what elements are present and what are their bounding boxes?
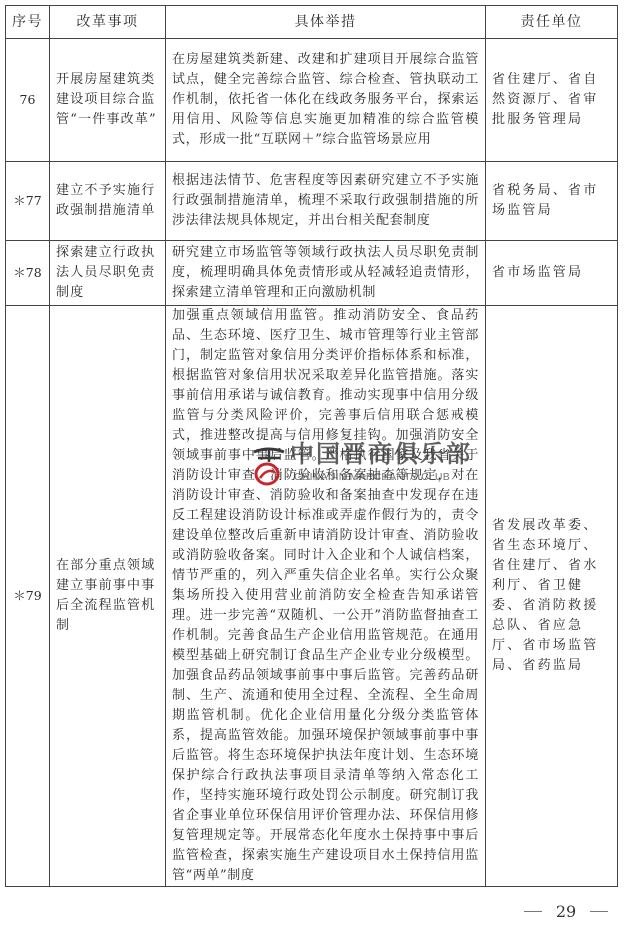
reform-measures-table: 序号 改革事项 具体举措 责任单位 76 开展房屋建筑类建设项目综合监管“一件事… (5, 5, 618, 887)
row-reform-item: 建立不予实施行政强制措施清单 (50, 162, 166, 241)
row-serial-no: 76 (6, 39, 50, 162)
row-specific-measures: 研究建立市场监管等领域行政执法人员尽职免责制度，梳理明确具体免责情形或从轻减轻追… (166, 241, 486, 306)
table-header-row: 序号 改革事项 具体举措 责任单位 (6, 6, 618, 39)
header-serial-no: 序号 (6, 6, 50, 39)
dash-right (590, 911, 608, 912)
header-reform-item: 改革事项 (50, 6, 166, 39)
row-specific-measures: 加强重点领域信用监管。推动消防安全、食品药品、生态环境、医疗卫生、城市管理等行业… (166, 306, 486, 887)
table-row: ＊79 在部分重点领域建立事前事中事后全流程监管机制 加强重点领域信用监管。推动… (6, 306, 618, 887)
row-responsible-unit: 省发展改革委、省生态环境厅、省住建厅、省水利厅、省卫健委、省消防救援总队、省应急… (486, 306, 618, 887)
row-serial-no: ＊79 (6, 306, 50, 887)
table-row: ＊78 探索建立行政执法人员尽职免责制度 研究建立市场监管等领域行政执法人员尽职… (6, 241, 618, 306)
document-page: 序号 改革事项 具体举措 责任单位 76 开展房屋建筑类建设项目综合监管“一件事… (0, 0, 632, 939)
row-responsible-unit: 省市场监管局 (486, 241, 618, 306)
table-row: ＊77 建立不予实施行政强制措施清单 根据违法情节、危害程度等因素研究建立不予实… (6, 162, 618, 241)
row-serial-no: ＊78 (6, 241, 50, 306)
row-responsible-unit: 省住建厅、省自然资源厅、省审批服务管理局 (486, 39, 618, 162)
page-number: 29 (516, 900, 616, 922)
row-responsible-unit: 省税务局、省市场监管局 (486, 162, 618, 241)
header-responsible-unit: 责任单位 (486, 6, 618, 39)
row-reform-item: 探索建立行政执法人员尽职免责制度 (50, 241, 166, 306)
row-serial-no: ＊77 (6, 162, 50, 241)
row-reform-item: 开展房屋建筑类建设项目综合监管“一件事改革” (50, 39, 166, 162)
row-reform-item: 在部分重点领域建立事前事中事后全流程监管机制 (50, 306, 166, 887)
row-specific-measures: 在房屋建筑类新建、改建和扩建项目开展综合监管试点，健全完善综合监管、综合检查、管… (166, 39, 486, 162)
header-specific-measures: 具体举措 (166, 6, 486, 39)
table-row: 76 开展房屋建筑类建设项目综合监管“一件事改革” 在房屋建筑类新建、改建和扩建… (6, 39, 618, 162)
row-specific-measures: 根据违法情节、危害程度等因素研究建立不予实施行政强制措施清单，梳理不采取行政强制… (166, 162, 486, 241)
page-number-value: 29 (556, 902, 576, 921)
dash-left (524, 911, 542, 912)
